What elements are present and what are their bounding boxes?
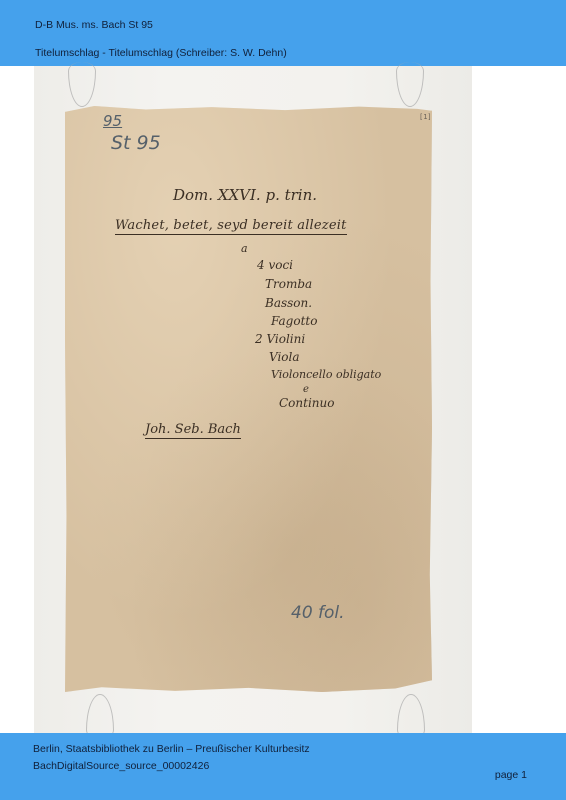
scoring-line: 4 voci (257, 258, 293, 272)
document-footer: Berlin, Staatsbibliothek zu Berlin – Pre… (0, 733, 566, 800)
scoring-line: Fagotto (271, 314, 317, 328)
scoring-line: Viola (269, 350, 300, 364)
mounting-strap-top-right (396, 62, 424, 107)
mounting-strap-top-left (68, 62, 96, 107)
pencil-number-95: 95 (103, 112, 122, 130)
holding-institution: Berlin, Staatsbibliothek zu Berlin – Pre… (33, 743, 310, 755)
title-wrapper-page: [1] 95 St 95 Dom. XXVI. p. trin. Wachet,… (65, 106, 432, 692)
liturgical-occasion: Dom. XXVI. p. trin. (173, 186, 317, 204)
page-description: Titelumschlag - Titelumschlag (Schreiber… (35, 47, 287, 59)
manuscript-scan: [1] 95 St 95 Dom. XXVI. p. trin. Wachet,… (34, 66, 472, 733)
document-header: D-B Mus. ms. Bach St 95 Titelumschlag - … (0, 0, 566, 66)
scoring-line: 2 Violini (255, 332, 305, 346)
pencil-shelf-number: St 95 (111, 132, 161, 154)
scoring-line: Violoncello obligato (271, 368, 381, 381)
scoring-line: e (303, 384, 309, 395)
shelfmark: D-B Mus. ms. Bach St 95 (35, 19, 153, 31)
scoring-line: Tromba (265, 277, 312, 291)
folio-label: [1] (419, 113, 432, 121)
scoring-line: Continuo (279, 396, 334, 410)
scoring-a: a (241, 242, 248, 255)
composer-name: Joh. Seb. Bach (145, 422, 241, 439)
page-number: page 1 (495, 769, 527, 781)
scoring-line: Basson. (265, 296, 312, 310)
source-id: BachDigitalSource_source_00002426 (33, 760, 209, 772)
cantata-title: Wachet, betet, seyd bereit allezeit (115, 218, 347, 235)
pencil-folio-count: 40 fol. (291, 603, 345, 623)
